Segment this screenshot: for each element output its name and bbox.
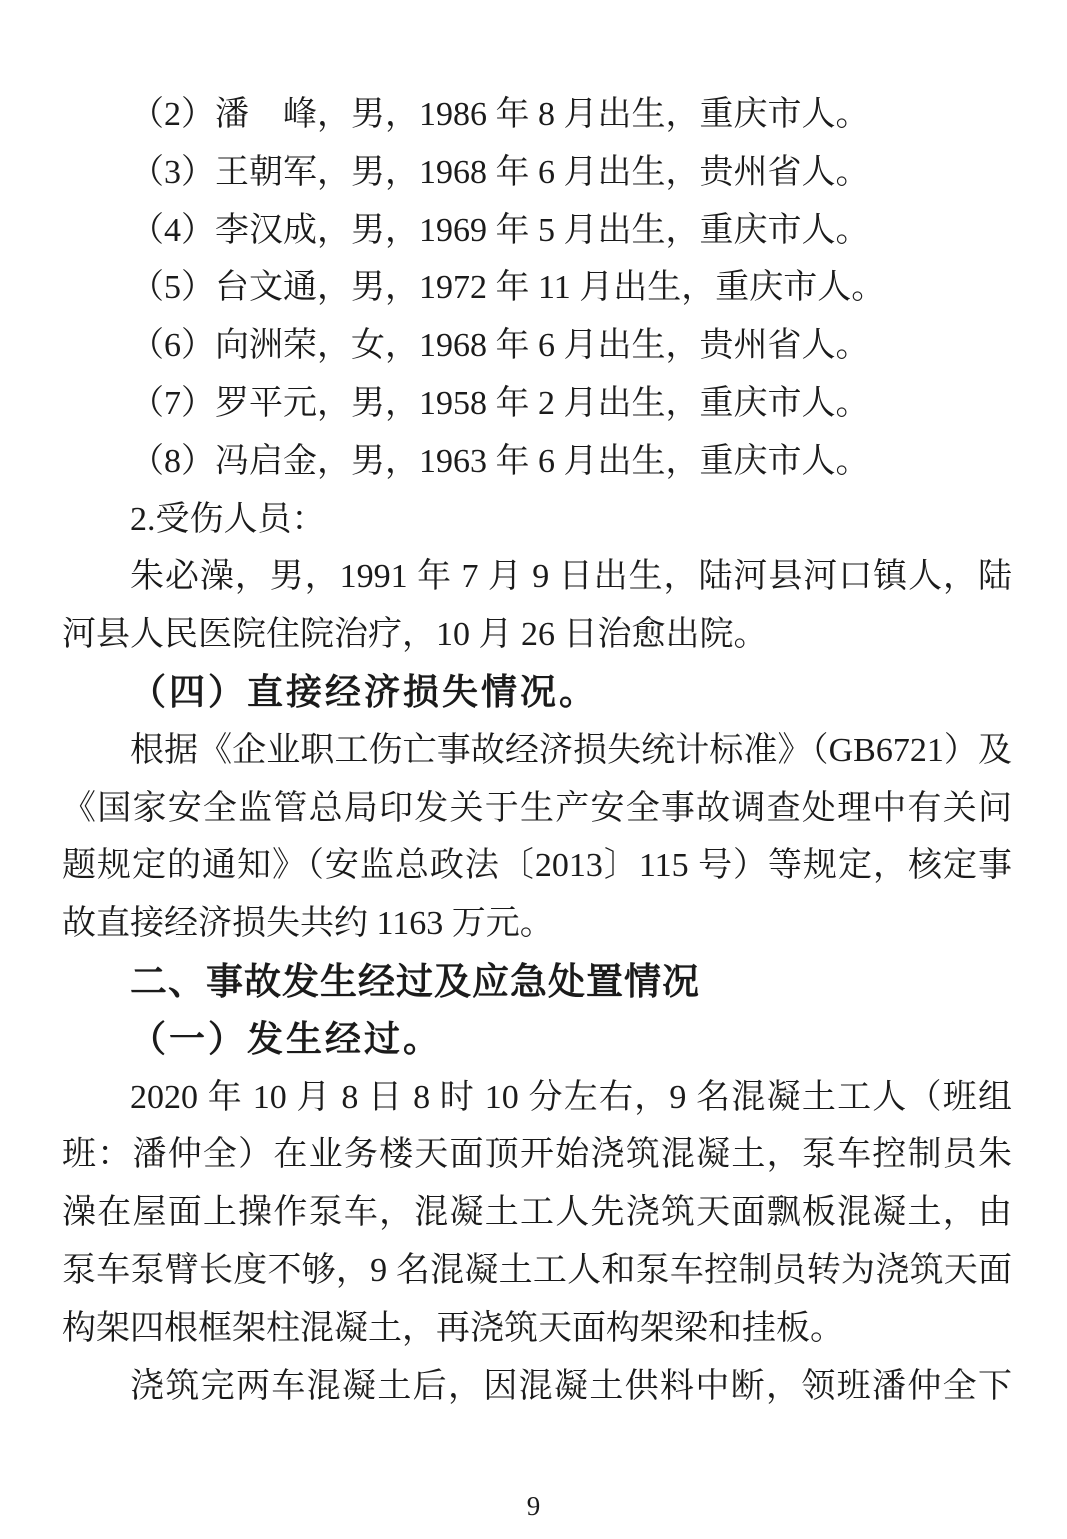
person-list-item: （7）罗平元，男，1958 年 2 月出生，重庆市人。 xyxy=(62,375,1012,433)
page-number: 9 xyxy=(0,1486,1067,1526)
pouring-paragraph-line: 浇筑完两车混凝土后，因混凝土供料中断，领班潘仲全下楼 xyxy=(62,1358,1012,1416)
section-heading-occurrence: （一）发生经过。 xyxy=(62,1011,1012,1069)
economic-loss-paragraph-line: 故直接经济损失共约 1163 万元。 xyxy=(62,895,1012,953)
occurrence-paragraph-line: 泵车泵臂长度不够，9 名混凝土工人和泵车控制员转为浇筑天面 xyxy=(62,1242,1012,1300)
economic-loss-paragraph-line: 《国家安全监管总局印发关于生产安全事故调查处理中有关问 xyxy=(62,780,1012,838)
economic-loss-paragraph-line: 根据《企业职工伤亡事故经济损失统计标准》（GB6721）及 xyxy=(62,722,1012,780)
section-heading-economic-loss: （四）直接经济损失情况。 xyxy=(62,664,1012,722)
occurrence-paragraph-line: 澡在屋面上操作泵车，混凝土工人先浇筑天面飘板混凝土，由于 xyxy=(62,1184,1012,1242)
economic-loss-paragraph-line: 题规定的通知》（安监总政法〔2013〕115 号）等规定，核定事 xyxy=(62,837,1012,895)
person-list-item: （3）王朝军，男，1968 年 6 月出生，贵州省人。 xyxy=(62,144,1012,202)
document-content: （2）潘 峰，男，1986 年 8 月出生，重庆市人。 （3）王朝军，男，196… xyxy=(62,86,1012,1415)
document-page: （2）潘 峰，男，1986 年 8 月出生，重庆市人。 （3）王朝军，男，196… xyxy=(0,0,1067,1539)
person-list-item: （8）冯启金，男，1963 年 6 月出生，重庆市人。 xyxy=(62,433,1012,491)
chapter-heading-accident-process: 二、事故发生经过及应急处置情况 xyxy=(62,953,1012,1011)
person-list-item: （5）台文通，男，1972 年 11 月出生，重庆市人。 xyxy=(62,259,1012,317)
occurrence-paragraph-line: 构架四根框架柱混凝土，再浇筑天面构架梁和挂板。 xyxy=(62,1300,1012,1358)
injured-person-paragraph-line: 朱必澡，男，1991 年 7 月 9 日出生，陆河县河口镇人，陆 xyxy=(62,548,1012,606)
occurrence-paragraph-line: 班：潘仲全）在业务楼天面顶开始浇筑混凝土，泵车控制员朱必 xyxy=(62,1126,1012,1184)
occurrence-paragraph-line: 2020 年 10 月 8 日 8 时 10 分左右，9 名混凝土工人（班组领 xyxy=(62,1069,1012,1127)
person-list-item: （6）向洲荣，女，1968 年 6 月出生，贵州省人。 xyxy=(62,317,1012,375)
injured-person-paragraph-line: 河县人民医院住院治疗，10 月 26 日治愈出院。 xyxy=(62,606,1012,664)
person-list-item: （4）李汉成，男，1969 年 5 月出生，重庆市人。 xyxy=(62,202,1012,260)
person-list-item: （2）潘 峰，男，1986 年 8 月出生，重庆市人。 xyxy=(62,86,1012,144)
injured-persons-label: 2.受伤人员： xyxy=(62,491,1012,549)
